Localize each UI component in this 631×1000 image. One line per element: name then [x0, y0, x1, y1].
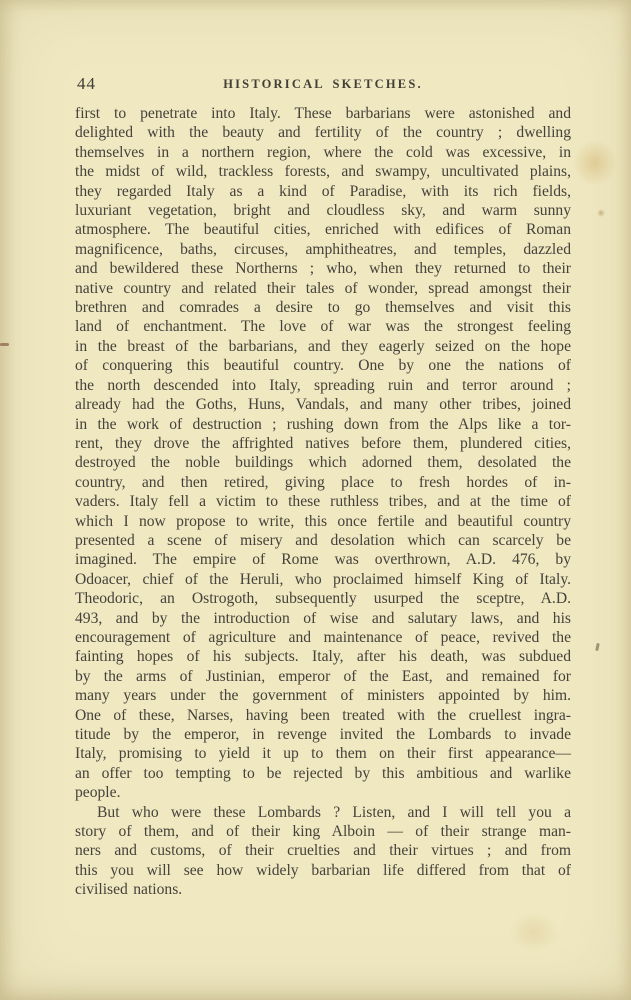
page-header-row: 44 HISTORICAL SKETCHES.: [75, 74, 571, 94]
scan-speck: [595, 643, 600, 651]
text-line: and bewildered these Northerns ; who, wh…: [75, 259, 571, 278]
text-line: of conquering this beautiful country. On…: [75, 356, 571, 375]
text-line: which I now propose to write, this once …: [75, 512, 571, 531]
text-line: many years under the government of minis…: [75, 686, 571, 705]
paragraph: first to penetrate into Italy. These bar…: [75, 104, 571, 803]
page-body: first to penetrate into Italy. These bar…: [75, 104, 571, 900]
text-line: magnificence, baths, circuses, amphithea…: [75, 240, 571, 259]
text-line: Odoacer, chief of the Heruli, who procla…: [75, 570, 571, 589]
text-line: in the breast of the barbarians, and the…: [75, 337, 571, 356]
text-line: they regarded Italy as a kind of Paradis…: [75, 182, 571, 201]
text-line: an offer too tempting to be rejected by …: [75, 764, 571, 783]
text-line: But who were these Lombards ? Listen, an…: [75, 803, 571, 822]
text-line: encouragement of agriculture and mainten…: [75, 628, 571, 647]
paper-stain: [573, 140, 617, 186]
text-line: first to penetrate into Italy. These bar…: [75, 104, 571, 123]
text-line: the north descended into Italy, spreadin…: [75, 376, 571, 395]
text-line: delighted with the beauty and fertility …: [75, 123, 571, 142]
paper-stain: [597, 209, 605, 217]
text-line: this you will see how widely barbarian l…: [75, 861, 571, 880]
text-line: Italy, promising to yield it up to them …: [75, 744, 571, 763]
text-line: the midst of wild, trackless forests, an…: [75, 162, 571, 181]
text-line: destroyed the noble buildings which ador…: [75, 453, 571, 472]
text-line: atmosphere. The beautiful cities, enrich…: [75, 220, 571, 239]
text-line: civilised nations.: [75, 880, 571, 899]
text-line: in the work of destruction ; rushing dow…: [75, 415, 571, 434]
text-line: titude by the emperor, in revenge invite…: [75, 725, 571, 744]
paragraph: But who were these Lombards ? Listen, an…: [75, 803, 571, 900]
text-line: imagined. The empire of Rome was overthr…: [75, 550, 571, 569]
text-line: presented a scene of misery and desolati…: [75, 531, 571, 550]
text-line: themselves in a northern region, where t…: [75, 143, 571, 162]
text-line: One of these, Narses, having been treate…: [75, 706, 571, 725]
text-line: vaders. Italy fell a victim to these rut…: [75, 492, 571, 511]
paper-stain: [508, 912, 560, 952]
text-line: story of them, and of their king Alboin …: [75, 822, 571, 841]
book-page: 44 HISTORICAL SKETCHES. first to penetra…: [0, 0, 631, 1000]
text-line: country, and then retired, giving place …: [75, 473, 571, 492]
text-line: native country and related their tales o…: [75, 279, 571, 298]
text-line: fainting hopes of his subjects. Italy, a…: [75, 647, 571, 666]
text-line: brethren and comrades a desire to go the…: [75, 298, 571, 317]
text-line: rent, they drove the affrighted natives …: [75, 434, 571, 453]
text-line: by the arms of Justinian, emperor of the…: [75, 667, 571, 686]
text-line: ners and customs, of their cruelties and…: [75, 841, 571, 860]
scan-speck: [0, 343, 9, 346]
text-line: 493, and by the introduction of wise and…: [75, 609, 571, 628]
text-line: luxuriant vegetation, bright and cloudle…: [75, 201, 571, 220]
text-line: Theodoric, an Ostrogoth, subsequently us…: [75, 589, 571, 608]
text-line: land of enchantment. The love of war was…: [75, 317, 571, 336]
text-line: people.: [75, 783, 571, 802]
running-header-title: HISTORICAL SKETCHES.: [75, 77, 571, 92]
text-line: already had the Goths, Huns, Vandals, an…: [75, 395, 571, 414]
